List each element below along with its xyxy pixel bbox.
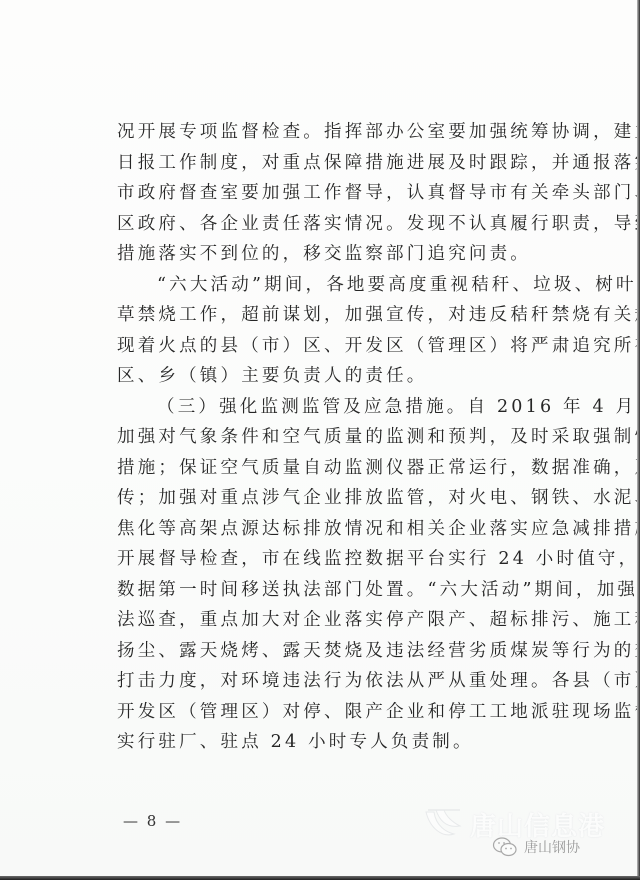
text-line: 开展督导检查，市在线监控数据平台实行 24 小时值守，发现超标 [117, 544, 579, 575]
paragraph-start-line: “六大活动”期间，各地要高度重视秸秆、垃圾、树叶、荒 [117, 270, 579, 301]
text-line: 日报工作制度，对重点保障措施进展及时跟踪，并通报落实情况。 [117, 148, 579, 179]
scanned-document-page: 况开展专项监督检查。指挥部办公室要加强统筹协调，建立健全 日报工作制度，对重点保… [0, 0, 640, 880]
text-line: 扬尘、露天烧烤、露天焚烧及违法经营劣质煤炭等行为的查处和 [117, 636, 579, 667]
text-line: 法巡查，重点加大对企业落实停产限产、超标排污、施工和道路 [117, 605, 579, 636]
wechat-account-name: 唐山钢协 [524, 837, 580, 857]
document-body: 况开展专项监督检查。指挥部办公室要加强统筹协调，建立健全 日报工作制度，对重点保… [117, 117, 579, 758]
page-number: — 8 — [123, 812, 182, 830]
text-line: 区、乡（镇）主要负责人的责任。 [117, 361, 579, 392]
text-line: 传；加强对重点涉气企业排放监管，对火电、钢铁、水泥、玻璃、 [117, 483, 579, 514]
text-line: 打击力度，对环境违法行为依法从严从重处理。各县（市）区、 [117, 666, 579, 697]
text-line: 现着火点的县（市）区、开发区（管理区）将严肃追究所在县（市） [117, 331, 579, 362]
wechat-icon [492, 836, 518, 858]
text-line: 数据第一时间移送执法部门处置。“六大活动”期间，加强环境执 [117, 575, 579, 606]
section-heading-line: （三）强化监测监管及应急措施。自 2016 年 4 月 27 日起， [117, 392, 579, 423]
tangshan-logo-icon [422, 806, 464, 842]
text-line: 措施；保证空气质量自动监测仪器正常运行，数据准确，及时上 [117, 453, 579, 484]
wechat-watermark: 唐山钢协 [492, 836, 580, 858]
text-line: 区政府、各企业责任落实情况。发现不认真履行职责，导致保障 [117, 209, 579, 240]
text-line: 焦化等高架点源达标排放情况和相关企业落实应急减排措施情况 [117, 514, 579, 545]
text-line: 实行驻厂、驻点 24 小时专人负责制。 [117, 727, 579, 758]
text-line: 市政府督查室要加强工作督导，认真督导市有关牵头部门、各县 [117, 178, 579, 209]
text-line: 开发区（管理区）对停、限产企业和停工工地派驻现场监督人员， [117, 697, 579, 728]
text-line: 草禁烧工作，超前谋划，加强宣传，对违反秸秆禁烧有关规定发 [117, 300, 579, 331]
text-line: 况开展专项监督检查。指挥部办公室要加强统筹协调，建立健全 [117, 117, 579, 148]
text-line: 措施落实不到位的，移交监察部门追究问责。 [117, 239, 579, 270]
scan-edge-bottom [0, 876, 640, 880]
text-line: 加强对气象条件和空气质量的监测和预判，及时采取强制性减排 [117, 422, 579, 453]
